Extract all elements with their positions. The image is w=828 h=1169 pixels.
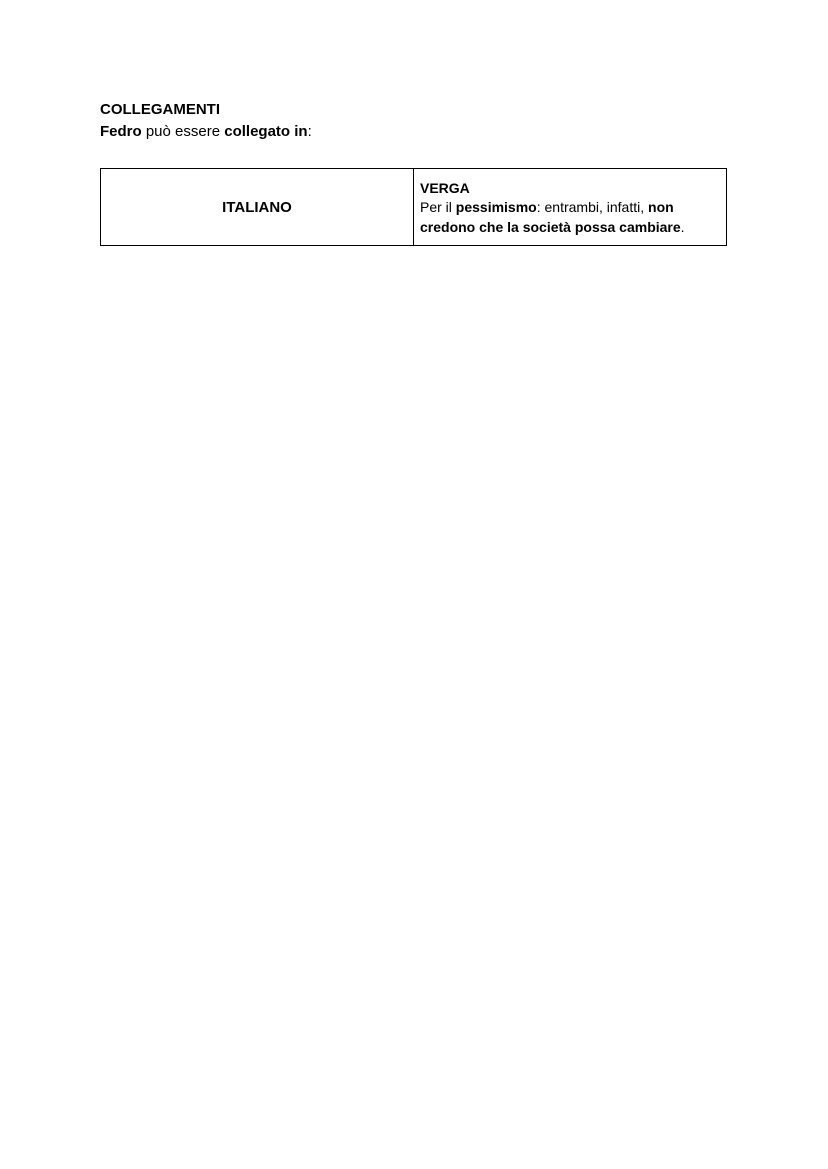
detail-prefix: Per il — [420, 199, 456, 215]
intro-end: : — [308, 123, 312, 140]
detail-middle: : entrambi, infatti, — [537, 199, 648, 215]
intro-middle: può essere — [142, 123, 225, 140]
detail-end: . — [681, 219, 685, 235]
intro-sentence: Fedro può essere collegato in: — [100, 123, 312, 141]
table-row: ITALIANO VERGA Per il pessimismo: entram… — [101, 169, 727, 246]
intro-connector: collegato in — [224, 123, 307, 140]
section-heading: COLLEGAMENTI — [100, 101, 220, 119]
detail-theme: pessimismo — [456, 199, 537, 215]
links-table: ITALIANO VERGA Per il pessimismo: entram… — [100, 168, 727, 246]
intro-subject: Fedro — [100, 123, 142, 140]
author-name: VERGA — [420, 179, 720, 197]
detail-cell: VERGA Per il pessimismo: entrambi, infat… — [414, 169, 727, 246]
subject-cell: ITALIANO — [101, 169, 414, 246]
